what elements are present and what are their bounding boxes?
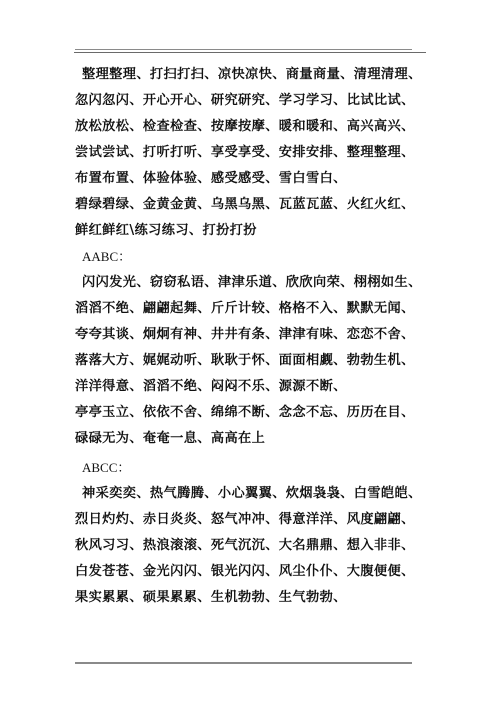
text-line: 碌碌无为、奄奄一息、高高在上 (75, 426, 425, 452)
text-line: 白发苍苍、金光闪闪、银光闪闪、风尘仆仆、大腹便便、 (75, 559, 425, 585)
text-line: 亭亭玉立、依依不舍、绵绵不断、念念不忘、历历在目、 (75, 400, 425, 426)
text-line: 放松放松、检查检查、按摩按摩、暖和暖和、高兴高兴、 (75, 114, 425, 140)
text-line: 落落大方、娓娓动听、耿耿于怀、面面相觑、勃勃生机、 (75, 348, 425, 374)
text-line: 整理整理、打扫打扫、凉快凉快、商量商量、清理清理、 (75, 62, 425, 88)
text-line: 布置布置、体验体验、感受感受、雪白雪白、 (75, 166, 425, 192)
text-line: 忽闪忽闪、开心开心、研究研究、学习学习、比试比试、 (75, 88, 425, 114)
header-rule-double (74, 52, 426, 53)
text-line: 洋洋得意、滔滔不绝、闷闷不乐、源源不断、 (75, 374, 425, 400)
text-line: 闪闪发光、窃窃私语、津津乐道、欣欣向荣、栩栩如生、 (75, 270, 425, 296)
text-line: 尝试尝试、打听打听、享受享受、安排安排、整理整理、 (75, 140, 425, 166)
text-line: 烈日灼灼、赤日炎炎、怒气冲冲、得意洋洋、风度翩翩、 (75, 507, 425, 533)
section-abcc: ABCC： 神采奕奕、热气腾腾、小心翼翼、炊烟袅袅、白雪皑皑、 烈日灼灼、赤日炎… (75, 455, 425, 611)
document-body: 整理整理、打扫打扫、凉快凉快、商量商量、清理清理、 忽闪忽闪、开心开心、研究研究… (75, 62, 425, 611)
footer-rule (75, 662, 412, 664)
text-line: 碧绿碧绿、金黄金黄、乌黑乌黑、瓦蓝瓦蓝、火红火红、 (75, 192, 425, 218)
text-line: 神采奕奕、热气腾腾、小心翼翼、炊烟袅袅、白雪皑皑、 (75, 481, 425, 507)
text-line: 鲜红鲜红\练习练习、打扮打扮 (75, 218, 425, 244)
text-line: 滔滔不绝、翩翩起舞、斤斤计较、格格不入、默默无闻、 (75, 296, 425, 322)
text-line: 夸夸其谈、炯炯有神、井井有条、津津有味、恋恋不舍、 (75, 322, 425, 348)
text-line: 秋风习习、热浪滚滚、死气沉沉、大名鼎鼎、想入非非、 (75, 533, 425, 559)
section-aabb: 整理整理、打扫打扫、凉快凉快、商量商量、清理清理、 忽闪忽闪、开心开心、研究研究… (75, 62, 425, 244)
section-heading: ABCC： (75, 455, 425, 481)
text-line: 果实累累、硕果累累、生机勃勃、生气勃勃、 (75, 585, 425, 611)
header-rule (75, 49, 412, 50)
section-heading: AABC： (75, 244, 425, 270)
section-aabc: AABC： 闪闪发光、窃窃私语、津津乐道、欣欣向荣、栩栩如生、 滔滔不绝、翩翩起… (75, 244, 425, 452)
